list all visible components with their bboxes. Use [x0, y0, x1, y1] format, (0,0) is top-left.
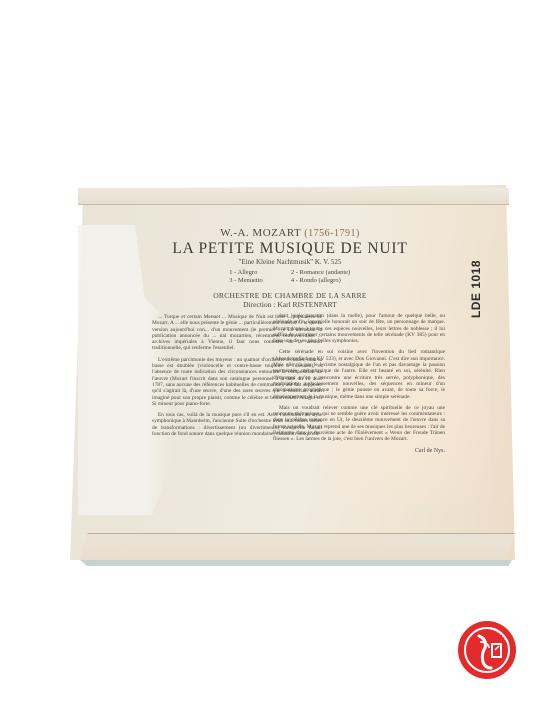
orchestra-name: ORCHESTRE DE CHAMBRE DE LA SARRE [160, 291, 420, 300]
movement-item: 4 - Rondo (allegro) [291, 277, 351, 285]
movement-item: 3 - Menuetto [229, 277, 289, 285]
record-sleeve-back: W.-A. MOZART (1756-1791) LA PETITE MUSIQ… [70, 185, 515, 560]
catalog-number: LDE 1018 [469, 258, 483, 318]
album-subtitle: "Eine Kleine Nachtmusik" K. V. 525 [160, 258, 420, 266]
movement-item: 2 - Romance (andante) [291, 269, 351, 277]
movement-item: 1 - Allegro [229, 269, 289, 277]
sleeve-top-flap [78, 188, 509, 205]
vinyl-shop-logo-icon [457, 620, 517, 680]
liner-paragraph: était jouée parsatim (dans la ruelle), p… [273, 313, 445, 344]
liner-notes-right-column: était jouée parsatim (dans la ruelle), p… [273, 313, 445, 454]
liner-paragraph: Cette sérénade en soi voisine avec l'inv… [273, 349, 445, 399]
movements-list: 1 - Allegro 2 - Romance (andante) 3 - Me… [160, 269, 420, 285]
composer-dates: (1756-1791) [304, 228, 360, 239]
author-signature: Carl de Nys. [273, 448, 445, 454]
liner-paragraph: Mais on voudrait relever comme une clé s… [273, 405, 445, 443]
composer-name: W.-A. MOZART [220, 227, 301, 239]
album-title: LA PETITE MUSIQUE DE NUIT [160, 240, 420, 258]
sleeve-header: W.-A. MOZART (1756-1791) LA PETITE MUSIQ… [160, 227, 420, 309]
sleeve-bottom-flap [70, 533, 515, 560]
conductor-line: Direction : Karl RISTENPART [160, 300, 420, 309]
composer-line: W.-A. MOZART (1756-1791) [160, 227, 420, 239]
